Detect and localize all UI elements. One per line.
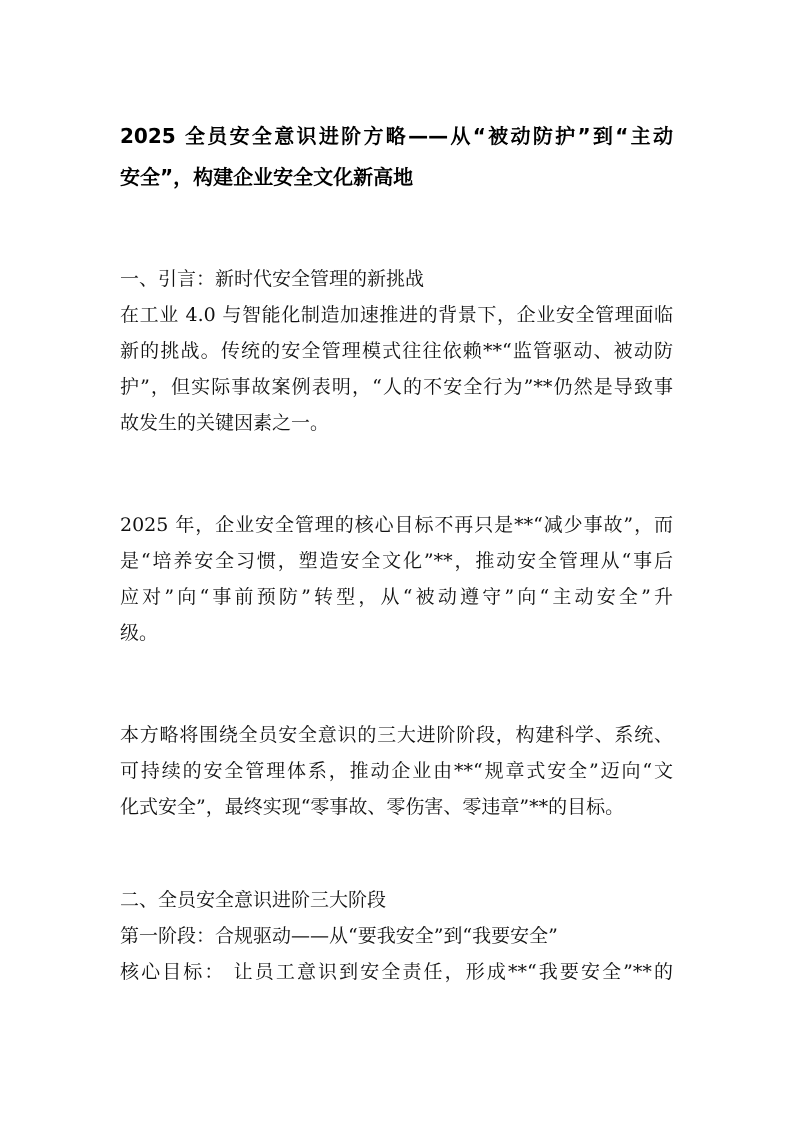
paragraph-line: 应对”向“事前预防”转型，从“被动遵守”向“主动安全”升 bbox=[120, 579, 673, 615]
paragraph-line: 在工业 4.0 与智能化制造加速推进的背景下，企业安全管理面临 bbox=[120, 297, 673, 333]
paragraph-intro-3: 本方略将围绕全员安全意识的三大进阶阶段，构建科学、系统、 可持续的安全管理体系，… bbox=[120, 717, 673, 825]
paragraph-intro-2: 2025 年，企业安全管理的核心目标不再只是**“减少事故”，而 是“培养安全习… bbox=[120, 507, 673, 651]
title-line: 安全”，构建企业安全文化新高地 bbox=[120, 157, 673, 198]
paragraph-line: 新的挑战。传统的安全管理模式往往依赖**“监管驱动、被动防 bbox=[120, 333, 673, 369]
document-title: 2025 全员安全意识进阶方略——从“被动防护”到“主动 安全”，构建企业安全文… bbox=[120, 116, 673, 198]
paragraph-line: 护”，但实际事故案例表明，“人的不安全行为”**仍然是导致事 bbox=[120, 369, 673, 405]
document-page: 2025 全员安全意识进阶方略——从“被动防护”到“主动 安全”，构建企业安全文… bbox=[0, 0, 793, 1122]
section-stages: 二、全员安全意识进阶三大阶段 第一阶段：合规驱动——从“要我安全”到“我要安全”… bbox=[120, 882, 673, 990]
paragraph-line: 本方略将围绕全员安全意识的三大进阶阶段，构建科学、系统、 bbox=[120, 717, 673, 753]
paragraph-line: 是“培养安全习惯，塑造安全文化”**，推动安全管理从“事后 bbox=[120, 543, 673, 579]
stage-subheading: 第一阶段：合规驱动——从“要我安全”到“我要安全” bbox=[120, 918, 673, 954]
paragraph-line: 化式安全”，最终实现“零事故、零伤害、零违章”**的目标。 bbox=[120, 789, 673, 825]
paragraph-line: 级。 bbox=[120, 615, 673, 651]
section-heading: 一、引言：新时代安全管理的新挑战 bbox=[120, 261, 673, 297]
section-heading: 二、全员安全意识进阶三大阶段 bbox=[120, 882, 673, 918]
paragraph-line: 可持续的安全管理体系，推动企业由**“规章式安全”迈向“文 bbox=[120, 753, 673, 789]
section-heading-intro: 一、引言：新时代安全管理的新挑战 bbox=[120, 261, 673, 297]
title-line: 2025 全员安全意识进阶方略——从“被动防护”到“主动 bbox=[120, 116, 673, 157]
paragraph-intro-1: 在工业 4.0 与智能化制造加速推进的背景下，企业安全管理面临 新的挑战。传统的… bbox=[120, 297, 673, 441]
paragraph-line: 2025 年，企业安全管理的核心目标不再只是**“减少事故”，而 bbox=[120, 507, 673, 543]
paragraph-line: 故发生的关键因素之一。 bbox=[120, 405, 673, 441]
core-goal-line: 核心目标： 让员工意识到安全责任，形成**“我要安全”**的 bbox=[120, 954, 673, 990]
